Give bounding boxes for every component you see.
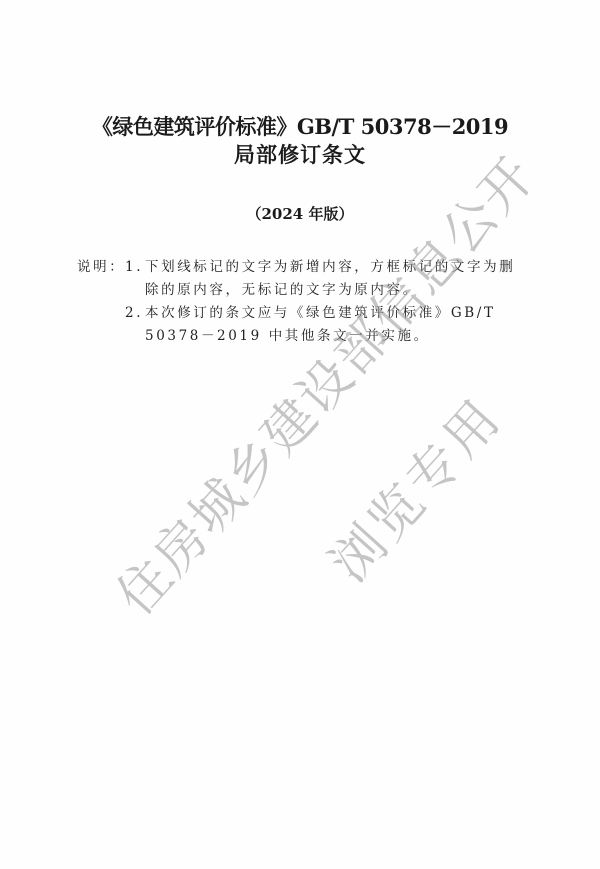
notes-label: 说明： — [77, 256, 125, 279]
note-1-text-line-1: 下划线标记的文字为新增内容，方框标记的文字为删 — [145, 256, 515, 279]
edition-label: （2024 年版） — [0, 202, 600, 226]
document-page: 《绿色建筑评价标准》GB/T 50378－2019 局部修订条文 （2024 年… — [0, 0, 600, 869]
document-subtitle: 局部修订条文 — [0, 141, 600, 169]
note-2-line-2: 50378－2019 中其他条文一并实施。 — [77, 325, 547, 348]
note-1-line-1: 说明： 1. 下划线标记的文字为新增内容，方框标记的文字为删 — [77, 256, 547, 279]
notes-section: 说明： 1. 下划线标记的文字为新增内容，方框标记的文字为删 除的原内容，无标记… — [77, 256, 547, 348]
note-2-line-1: 2. 本次修订的条文应与《绿色建筑评价标准》GB/T — [77, 302, 547, 325]
note-2-number: 2. — [125, 302, 143, 325]
document-title: 《绿色建筑评价标准》GB/T 50378－2019 — [0, 113, 600, 141]
note-2-text-line-1: 本次修订的条文应与《绿色建筑评价标准》GB/T — [145, 302, 496, 325]
note-2-text-line-2: 50378－2019 中其他条文一并实施。 — [145, 325, 430, 348]
note-1-text-line-2: 除的原内容，无标记的文字为原内容。 — [145, 279, 419, 302]
note-1-number: 1. — [125, 256, 143, 279]
watermark-line-2: 浏览专用 — [310, 379, 516, 596]
note-1-line-2: 除的原内容，无标记的文字为原内容。 — [77, 279, 547, 302]
